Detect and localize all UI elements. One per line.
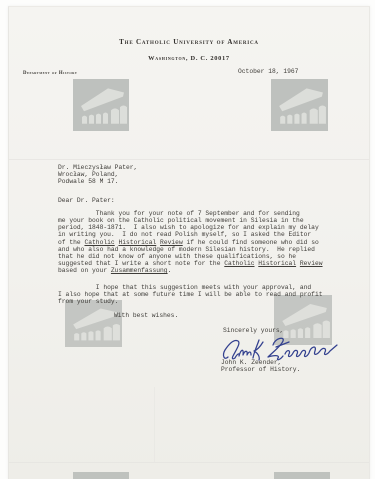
arched-building-watermark-icon (274, 472, 330, 479)
letter-date: October 18, 1967 (238, 68, 298, 75)
typed-name: John K. Zeender, (221, 359, 300, 366)
valediction-line: Sincerely yours, (223, 327, 283, 334)
fold-crease (154, 387, 155, 462)
typed-signature-block: John K. Zeender, Professor of History. (221, 359, 300, 373)
letterhead-institution: The Catholic University of America (9, 38, 369, 46)
fold-crease (9, 462, 369, 463)
arched-building-watermark-icon (73, 472, 129, 479)
recipient-address: Dr. Mieczysław Pater,Wrocław, Poland,Pod… (58, 164, 137, 185)
scanned-letter-page: { "colors": { "paper": "#f2f1ed", "paper… (0, 0, 375, 479)
arched-building-watermark-icon (271, 79, 328, 131)
fold-crease (9, 159, 369, 160)
department-name: Department of History (23, 71, 77, 76)
arched-building-watermark-icon (73, 79, 129, 131)
body-paragraph-1: Thank you for your note of 7 September a… (58, 210, 323, 274)
letterhead-address: Washington, D. C. 20017 (9, 55, 369, 62)
salutation-line: Dear Dr. Pater: (58, 197, 115, 204)
closing-line: With best wishes. (114, 312, 178, 319)
arched-building-watermark-icon (65, 300, 122, 347)
letter-paper: The Catholic University of America Washi… (8, 6, 370, 479)
body-paragraph-2: I hope that this suggestion meets with y… (58, 284, 323, 305)
typed-title: Professor of History. (221, 366, 300, 373)
